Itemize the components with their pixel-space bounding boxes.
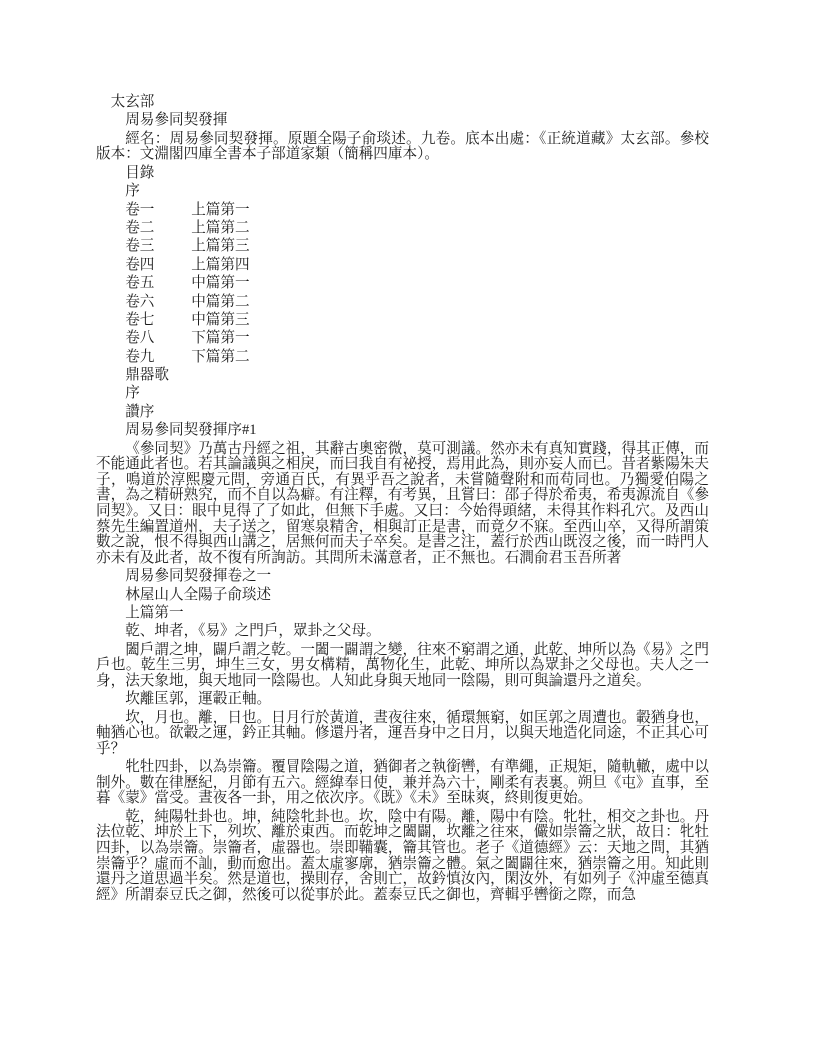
document-page: 太玄部 周易參同契發揮 經名：周易參同契發揮。原題全陽子俞琰述。九卷。底本出處：… bbox=[96, 95, 709, 906]
toc-volume-label: 卷四 bbox=[125, 258, 191, 274]
toc-chapter-label: 上篇第三 bbox=[191, 238, 249, 254]
toc-chapter-label: 中篇第一 bbox=[191, 275, 249, 291]
toc-chapter-label: 下篇第二 bbox=[191, 349, 249, 365]
chapter-heading: 上篇第一 bbox=[96, 606, 709, 622]
toc-item-xu: 序 bbox=[96, 386, 709, 402]
toc-row-volume-3: 卷三上篇第三 bbox=[96, 239, 709, 255]
part-label: 太玄部 bbox=[96, 95, 709, 111]
book-title: 周易參同契發揮 bbox=[96, 113, 709, 129]
toc-row-volume-4: 卷四上篇第四 bbox=[96, 258, 709, 274]
toc-heading: 目錄 bbox=[96, 166, 709, 182]
toc-item-dingqige: 鼎器歌 bbox=[96, 368, 709, 384]
toc-row-volume-9: 卷九下篇第二 bbox=[96, 350, 709, 366]
commentary-2: 坎，月也。離，日也。日月行於黃道，晝夜往來，循環無窮，如匡郭之周遭也。轂猶身也，… bbox=[96, 711, 709, 758]
toc-row-volume-6: 卷六中篇第二 bbox=[96, 295, 709, 311]
toc-volume-label: 卷二 bbox=[125, 221, 191, 237]
commentary-3: 乾，純陽牡卦也。坤，純陰牝卦也。坎，陰中有陽。離，陽中有陰。牝牡，相交之卦也。丹… bbox=[96, 810, 709, 904]
scripture-quote-3: 牝牡四卦，以為崇籥。覆冒陰陽之道，猶御者之執銜轡，有準繩，正規矩，隨軌轍，處中以… bbox=[96, 760, 709, 807]
toc-row-volume-2: 卷二上篇第二 bbox=[96, 221, 709, 237]
toc-row-volume-1: 卷一上篇第一 bbox=[96, 203, 709, 219]
toc-volume-label: 卷三 bbox=[125, 239, 191, 255]
volume1-heading: 周易參同契發揮卷之一 bbox=[96, 569, 709, 585]
toc-volume-label: 卷六 bbox=[125, 295, 191, 311]
toc-chapter-label: 下篇第一 bbox=[191, 330, 249, 346]
toc-chapter-label: 中篇第三 bbox=[191, 312, 249, 328]
toc-volume-label: 卷一 bbox=[125, 203, 191, 219]
toc-chapter-label: 上篇第二 bbox=[191, 220, 249, 236]
preface-body: 《參同契》乃萬古丹經之祖，其辭古奧密微，莫可測議。然亦未有真知實踐，得其正傳，而… bbox=[96, 442, 709, 567]
scripture-quote-2: 坎離匡郭，運轂正軸。 bbox=[96, 692, 709, 708]
preface-heading: 周易參同契發揮序#1 bbox=[96, 423, 709, 439]
toc-chapter-label: 中篇第二 bbox=[191, 294, 249, 310]
toc-chapter-label: 上篇第四 bbox=[191, 257, 249, 273]
volume1-byline: 林屋山人全陽子俞琰述 bbox=[96, 588, 709, 604]
toc-item-preface: 序 bbox=[96, 184, 709, 200]
toc-item-zanxu: 讚序 bbox=[96, 405, 709, 421]
edition-note: 經名：周易參同契發揮。原題全陽子俞琰述。九卷。底本出處：《正統道藏》太玄部。參校… bbox=[96, 132, 709, 163]
toc-volume-label: 卷七 bbox=[125, 313, 191, 329]
toc-volume-label: 卷五 bbox=[125, 276, 191, 292]
toc-row-volume-8: 卷八下篇第一 bbox=[96, 331, 709, 347]
toc-row-volume-5: 卷五中篇第一 bbox=[96, 276, 709, 292]
toc-volume-label: 卷九 bbox=[125, 350, 191, 366]
commentary-1: 闔戶謂之坤，闢戶謂之乾。一闔一闢謂之變，往來不窮謂之通，此乾、坤所以為《易》之門… bbox=[96, 643, 709, 690]
toc-chapter-label: 上篇第一 bbox=[191, 202, 249, 218]
toc-row-volume-7: 卷七中篇第三 bbox=[96, 313, 709, 329]
scripture-quote-1: 乾、坤者，《易》之門戶，眾卦之父母。 bbox=[96, 624, 709, 640]
toc-volume-label: 卷八 bbox=[125, 331, 191, 347]
